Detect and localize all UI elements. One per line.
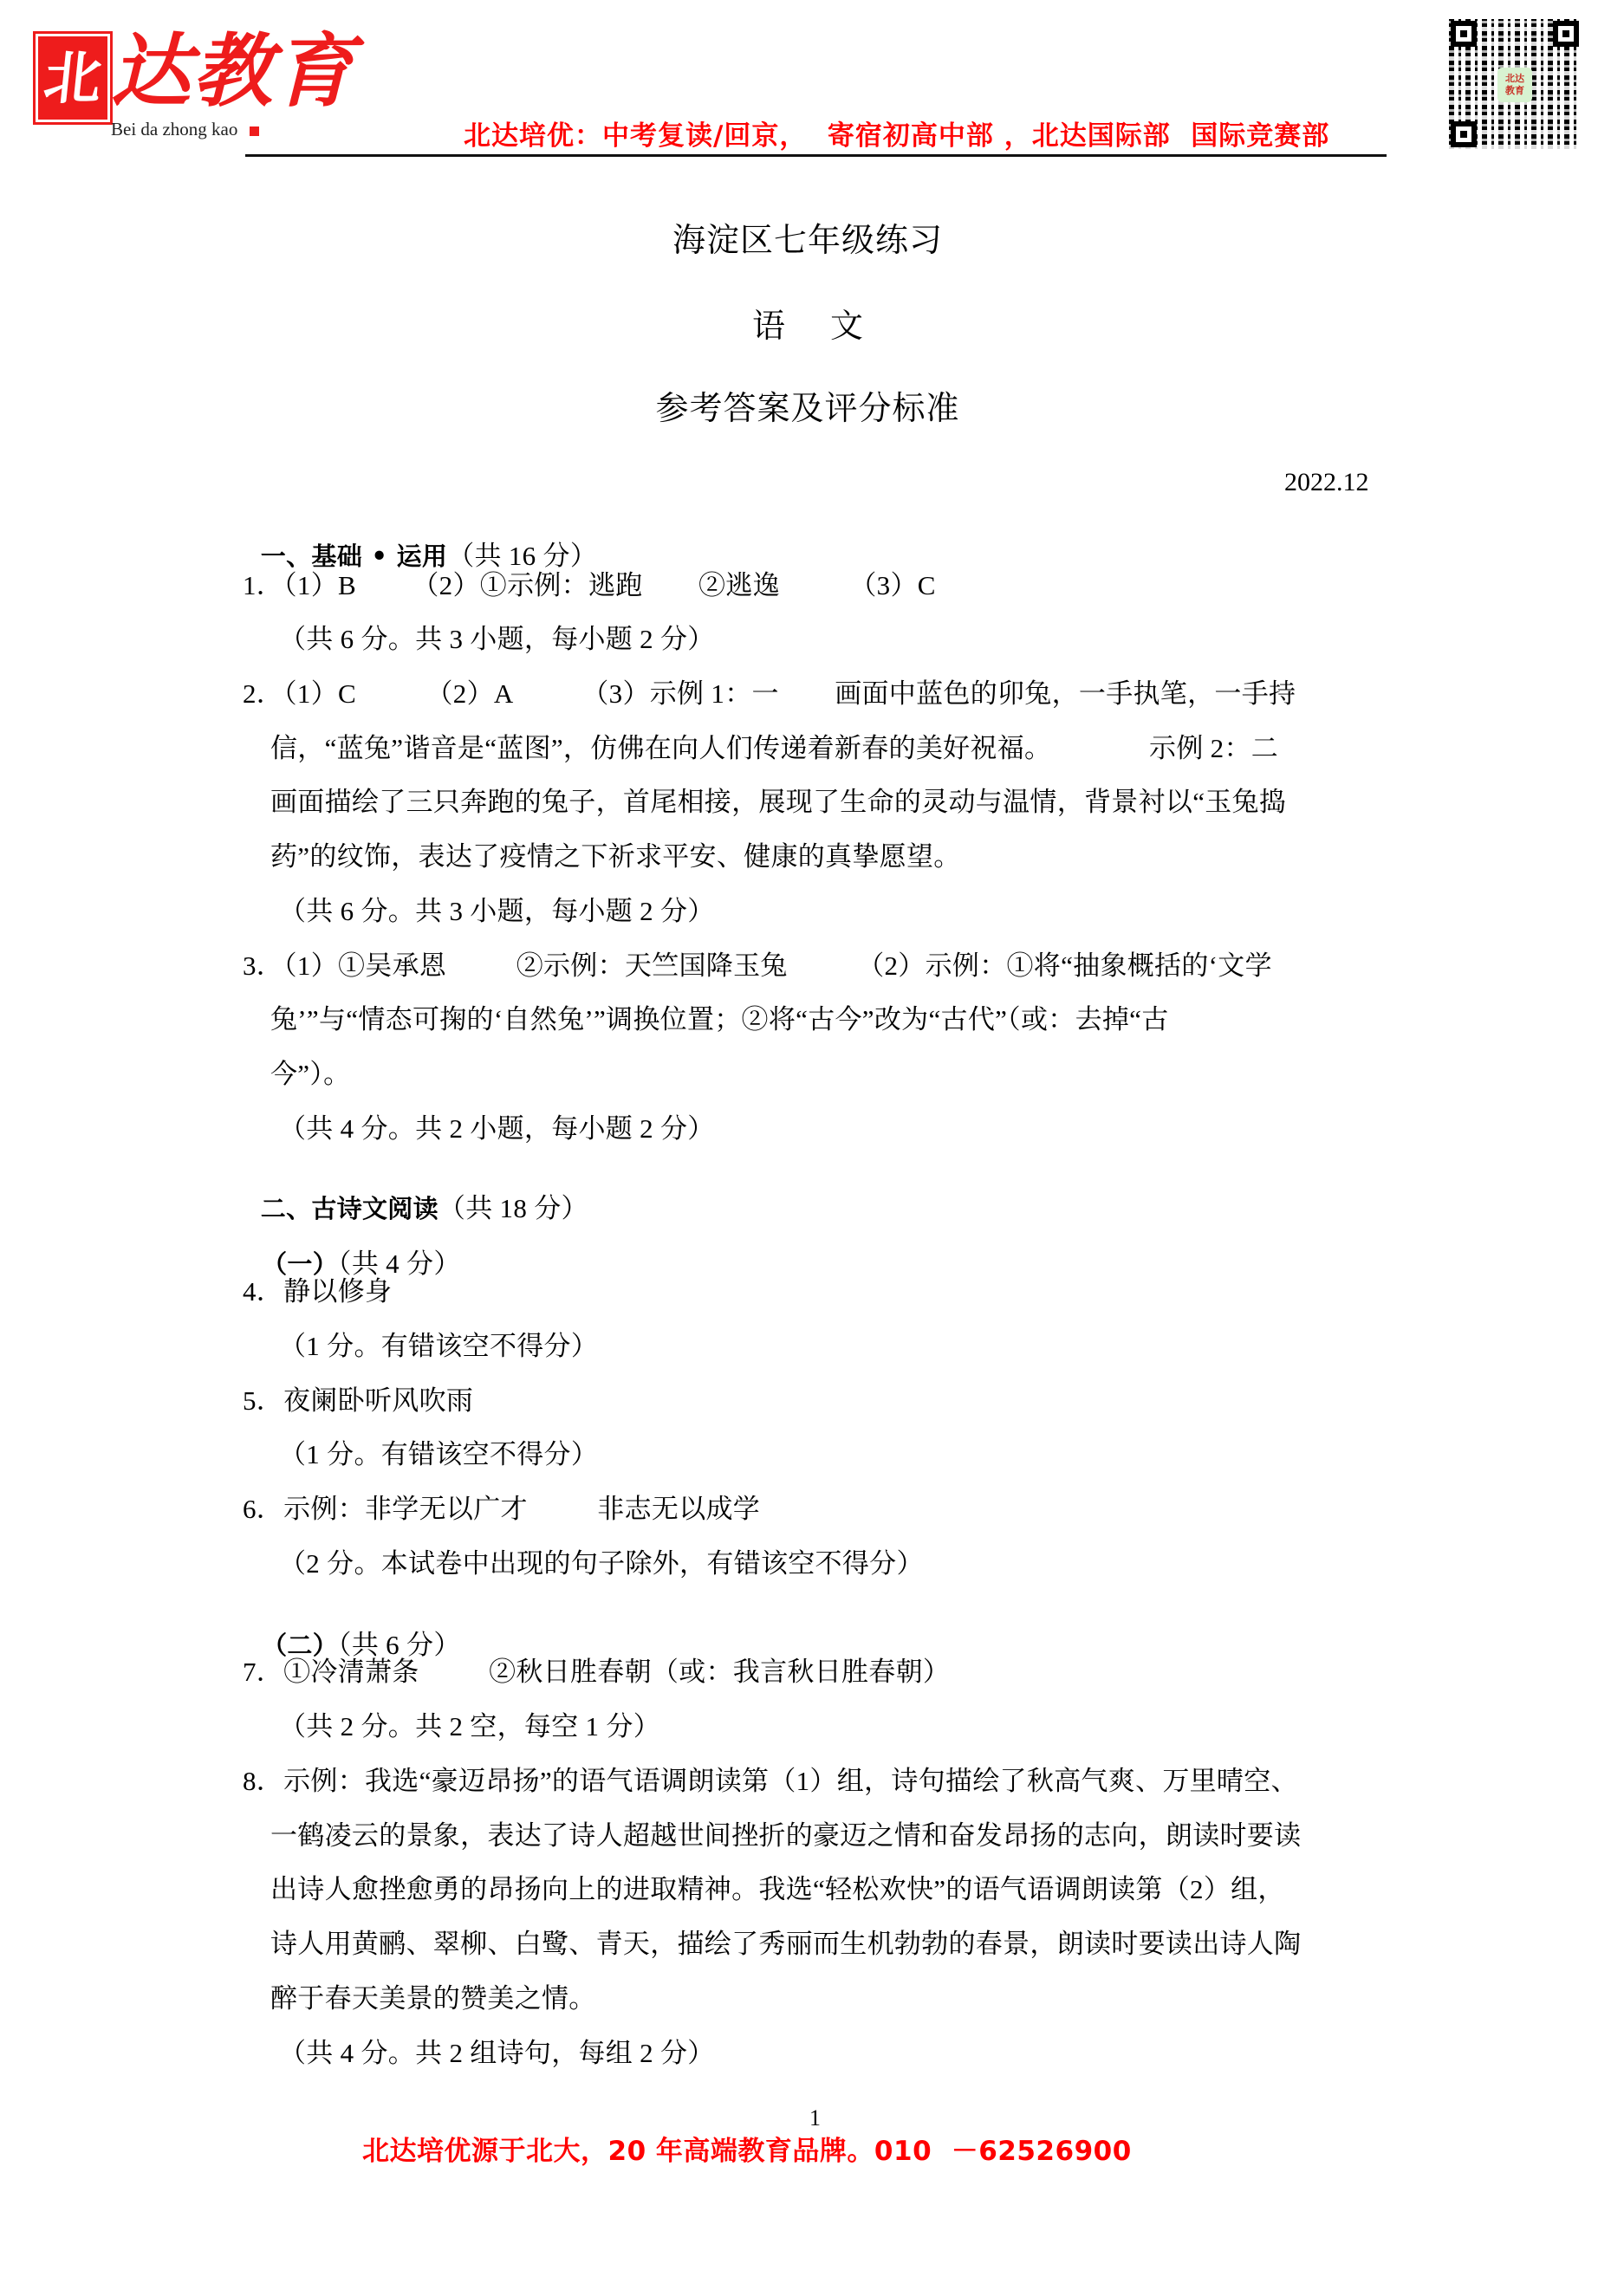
subject-title-left: 语	[752, 307, 785, 345]
answer-line: 画面描绘了三只奔跑的兔子，首尾相接，展现了生命的灵动与温情，背景衬以“玉兔捣	[270, 788, 1286, 815]
subject-title-right: 文	[830, 307, 863, 345]
page-number: 1	[809, 2105, 821, 2131]
answer-line: 8．示例：我选“豪迈昂扬”的语气语调朗读第（1）组，诗句描绘了秋高气爽、万里晴空…	[243, 1767, 1298, 1794]
scoring-note: （共 6 分。共 3 小题，每小题 2 分）	[279, 898, 715, 924]
subsection-heading: （一）（共 4 分）	[248, 1223, 461, 1277]
answer-line: 出诗人愈挫愈勇的昂扬向上的进取精神。我选“轻松欢快”的语气语调朗读第（2）组，	[270, 1876, 1285, 1903]
answer-line: 信，“蓝兔”谐音是“蓝图”，仿佛在向人们传递着新春的美好祝福。 示例 2：二	[270, 735, 1278, 762]
answer-line: 6．示例：非学无以广才 非志无以成学	[243, 1495, 760, 1522]
qr-code-icon: 北达 教育	[1449, 19, 1581, 149]
header-slogan: 北达培优：中考复读/回京， 寄宿初高中部 ，北达国际部 国际竞赛部	[464, 114, 1329, 152]
scoring-note: （2 分。本试卷中出现的句子除外，有错该空不得分）	[279, 1550, 924, 1577]
section-heading: 二、古诗文阅读（共 18 分）	[243, 1170, 588, 1222]
logo-text: 达教育	[111, 31, 355, 111]
qr-label-line: 北达	[1499, 73, 1530, 85]
qr-finder-icon	[1553, 21, 1579, 47]
logo-seal: 北	[38, 36, 107, 120]
answer-line: 5．夜阑卧听风吹雨	[243, 1387, 473, 1414]
logo-subtitle-text: Bei da zhong kao	[111, 119, 237, 139]
subject-title: 语文	[0, 309, 1620, 342]
document-date: 2022.12	[1284, 468, 1369, 497]
answer-line: 兔’”与“情态可掬的‘自然兔’”调换位置；②将“古今”改为“古代”（或：去掉“古	[270, 1006, 1169, 1033]
subsection-points: （共 4 分）	[338, 1249, 461, 1279]
section-heading: 一、基础 • 运用（共 16 分）	[243, 517, 597, 569]
answer-line: 1．（1）B （2）①示例：逃跑 ②逃逸 （3）C	[243, 572, 936, 599]
doc-type-title: 参考答案及评分标准	[0, 392, 1620, 425]
qr-finder-icon	[1451, 21, 1477, 47]
section-heading-title: 一、基础 • 运用	[261, 542, 447, 571]
answer-line: 2．（1）C （2）A （3）示例 1：一 画面中蓝色的卯兔，一手执笔，一手持	[243, 680, 1296, 707]
answer-line: 3．（1）①吴承恩 ②示例：天竺国降玉兔 （2）示例：①将“抽象概括的‘文学	[243, 952, 1272, 979]
scoring-note: （共 6 分。共 3 小题，每小题 2 分）	[279, 626, 715, 652]
footer-ad: 北达培优源于北大，20 年高端教育品牌。010 －62526900	[362, 2129, 1132, 2168]
section-heading-title: 二、古诗文阅读	[261, 1194, 438, 1223]
scoring-note: （共 4 分。共 2 小题，每小题 2 分）	[279, 1115, 715, 1142]
subsection-label: （二）	[262, 1631, 338, 1660]
section-heading-points: （共 18 分）	[438, 1193, 588, 1223]
qr-center-logo: 北达 教育	[1497, 68, 1532, 102]
section-heading-points: （共 16 分）	[447, 541, 597, 571]
exam-title: 海淀区七年级练习	[0, 224, 1620, 256]
answer-line: 一鹤凌云的景象，表达了诗人超越世间挫折的豪迈之情和奋发昂扬的志向，朗读时要读	[270, 1822, 1301, 1849]
answer-line: 今”）。	[270, 1060, 350, 1087]
subsection-points: （共 6 分）	[338, 1630, 461, 1660]
square-icon	[250, 126, 259, 136]
logo-subtitle: Bei da zhong kao	[111, 119, 259, 140]
scoring-note: （共 4 分。共 2 组诗句，每组 2 分）	[279, 2040, 715, 2066]
logo-seal-char: 北	[42, 49, 105, 107]
answer-line: 诗人用黄鹂、翠柳、白鹭、青天，描绘了秀丽而生机勃勃的春景，朗读时要读出诗人陶	[270, 1930, 1301, 1957]
answer-line: 4．静以修身	[243, 1278, 392, 1305]
scoring-note: （共 2 分。共 2 空，每空 1 分）	[279, 1713, 660, 1740]
answer-line: 药”的纹饰，表达了疫情之下祈求平安、健康的真挚愿望。	[270, 843, 961, 870]
subsection-heading: （二）（共 6 分）	[248, 1605, 461, 1658]
qr-finder-icon	[1451, 121, 1477, 147]
answer-line: 7．①冷清萧条 ②秋日胜春朝（或：我言秋日胜春朝）	[243, 1658, 950, 1685]
header-divider	[245, 154, 1387, 157]
answer-line: 醉于春天美景的赞美之情。	[270, 1985, 596, 2012]
subsection-label: （一）	[262, 1249, 338, 1279]
scoring-note: （1 分。有错该空不得分）	[279, 1441, 598, 1468]
qr-label-line: 教育	[1499, 85, 1530, 97]
scoring-note: （1 分。有错该空不得分）	[279, 1333, 598, 1359]
